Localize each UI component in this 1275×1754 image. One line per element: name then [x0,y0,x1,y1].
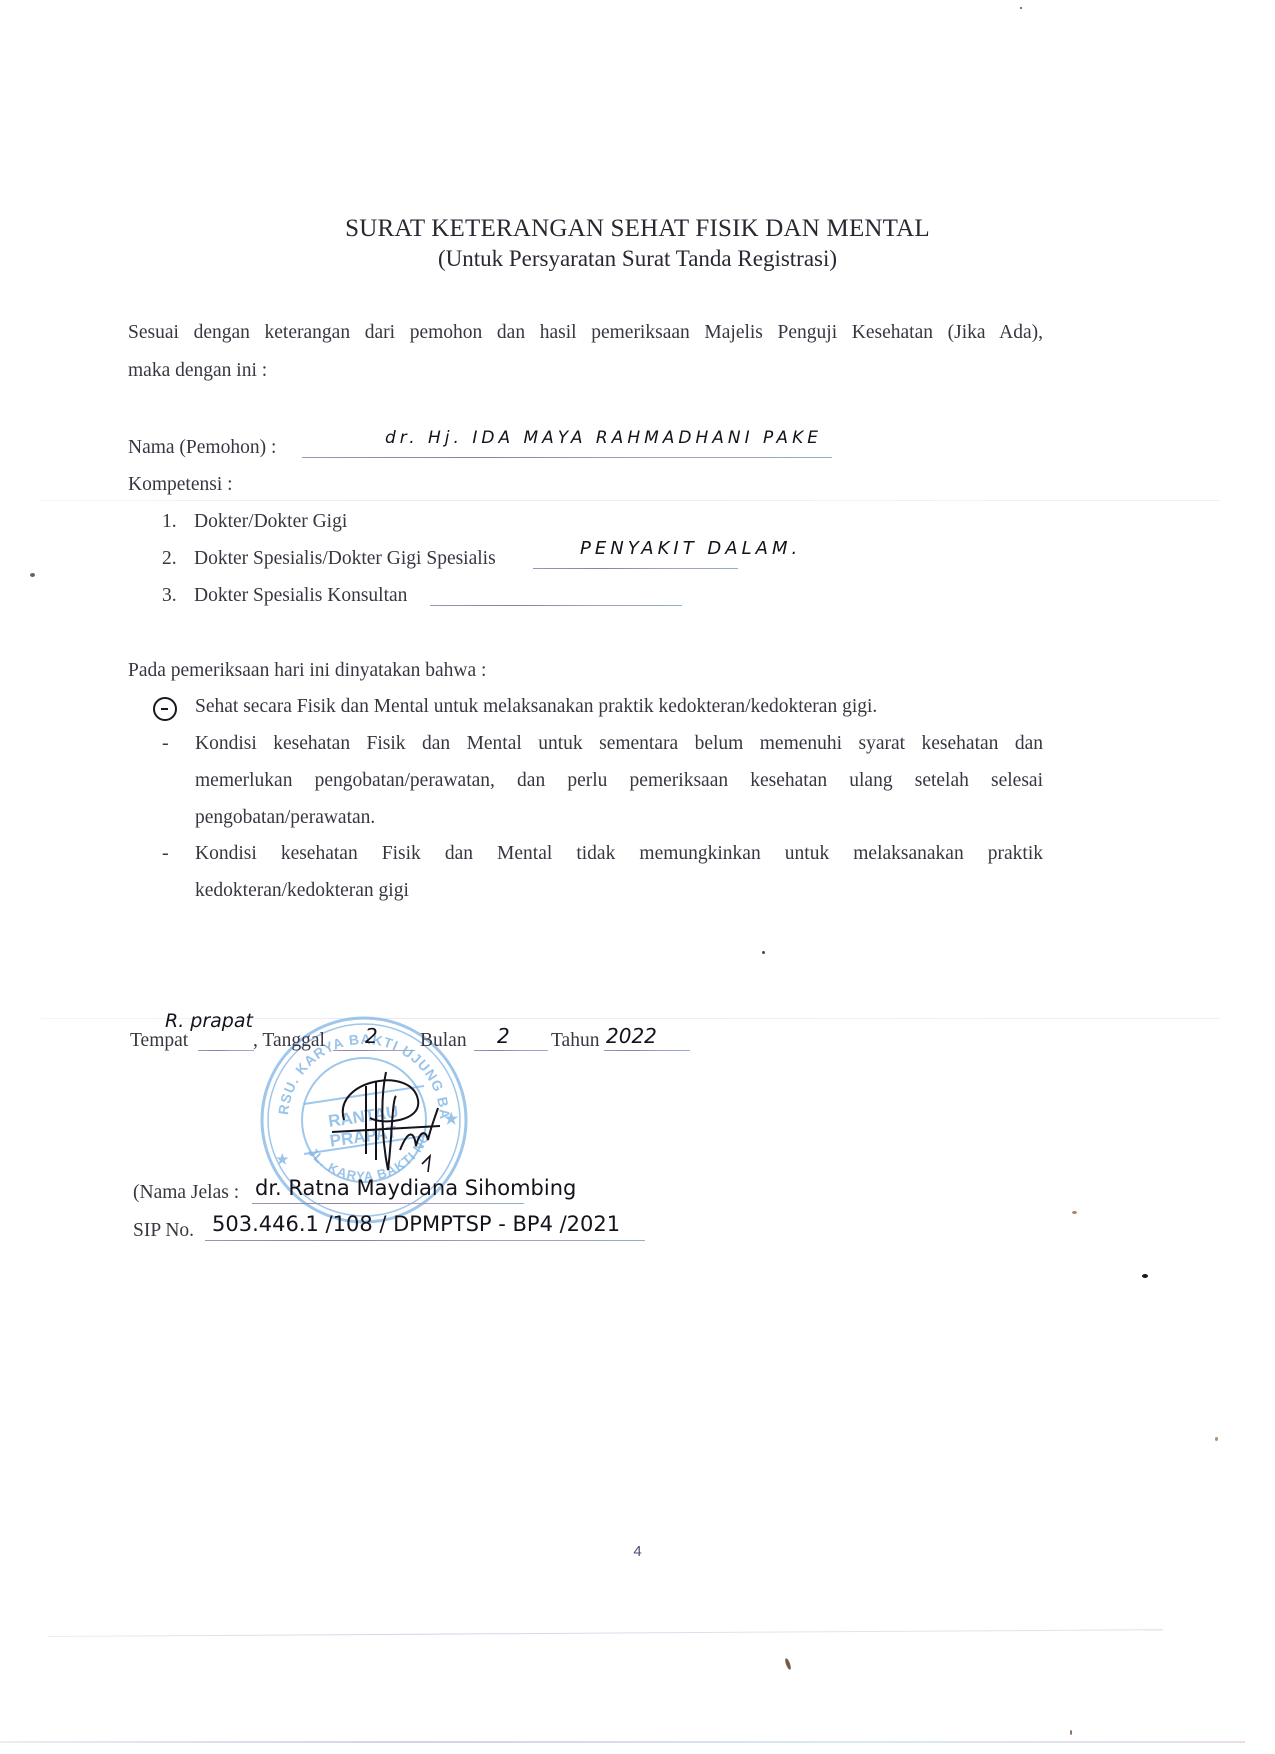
competence-item-2-underline [533,568,738,569]
option-2-line-1: Kondisi kesehatan Fisik dan Mental untuk… [195,733,1043,755]
applicant-field-underline [302,457,832,458]
signature [322,1060,452,1180]
date-label: , Tanggal [253,1030,325,1052]
selected-option-circle-mark[interactable] [153,697,177,721]
scan-artifact-line [48,1629,1163,1637]
scan-speck [30,573,35,577]
scan-speck [762,951,765,954]
scan-speck [1072,1211,1077,1214]
applicant-label: Nama (Pemohon) : [128,437,276,459]
document-title: SURAT KETERANGAN SEHAT FISIK DAN MENTAL [0,215,1275,243]
competence-item-3-number: 3. [162,585,177,607]
sip-underline [205,1240,645,1241]
stamp-star-icon: ★ [276,1151,289,1167]
date-value[interactable]: 2 [365,1024,378,1048]
place-value[interactable]: R. prapat [165,1010,253,1032]
option-3-line-1: Kondisi kesehatan Fisik dan Mental tidak… [195,843,1043,865]
intro-line-1: Sesuai dengan keterangan dari pemohon da… [128,322,1043,344]
month-underline [474,1050,548,1051]
scan-speck [784,1658,792,1671]
date-underline [333,1050,415,1051]
month-label: Bulan [420,1030,467,1052]
month-value[interactable]: 2 [497,1024,510,1048]
page-number: 4 [0,1543,1275,1560]
intro-line-2: maka dengan ini : [128,360,267,382]
competence-item-2-label: Dokter Spesialis/Dokter Gigi Spesialis [194,548,496,570]
option-3-bullet: - [162,842,169,865]
applicant-name-field[interactable]: dr. Hj. IDA MAYA RAHMADHANI PAKE [385,428,822,448]
competence-item-1-label: Dokter/Dokter Gigi [194,511,347,533]
signer-name-field[interactable]: dr. Ratna Maydiana Sihombing [255,1176,576,1200]
option-2-bullet: - [162,732,169,755]
year-underline [604,1050,690,1051]
scan-speck [1020,7,1022,9]
sip-number-field[interactable]: 503.446.1 /108 / DPMPTSP - BP4 /2021 [212,1212,620,1236]
option-2-line-2: memerlukan pengobatan/perawatan, dan per… [195,770,1043,792]
competence-item-3-label: Dokter Spesialis Konsultan [194,585,407,607]
document-subtitle: (Untuk Persyaratan Surat Tanda Registras… [0,246,1275,272]
competence-item-1-number: 1. [162,511,177,533]
scan-artifact-line [40,500,1220,501]
signer-name-underline [252,1203,524,1204]
option-3-line-2: kedokteran/kedokteran gigi [195,880,1043,902]
scan-speck [1215,1437,1218,1441]
year-value[interactable]: 2022 [606,1024,657,1048]
signer-name-label: (Nama Jelas : [133,1182,239,1204]
place-label: Tempat [130,1030,188,1052]
place-underline [198,1050,254,1051]
year-label: Tahun [551,1030,599,1052]
statement-label: Pada pemeriksaan hari ini dinyatakan bah… [128,660,486,682]
sip-label: SIP No. [133,1220,194,1242]
competence-label: Kompetensi : [128,474,233,496]
scan-artifact-line [0,1741,1245,1743]
scan-speck [1070,1730,1072,1735]
option-2-line-3: pengobatan/perawatan. [195,807,1043,829]
scan-speck [1142,1274,1148,1278]
specialty-field[interactable]: PENYAKIT DALAM. [580,538,801,559]
competence-item-3-underline [430,605,682,606]
competence-item-2-number: 2. [162,548,177,570]
option-1-line-1: Sehat secara Fisik dan Mental untuk mela… [195,696,955,718]
